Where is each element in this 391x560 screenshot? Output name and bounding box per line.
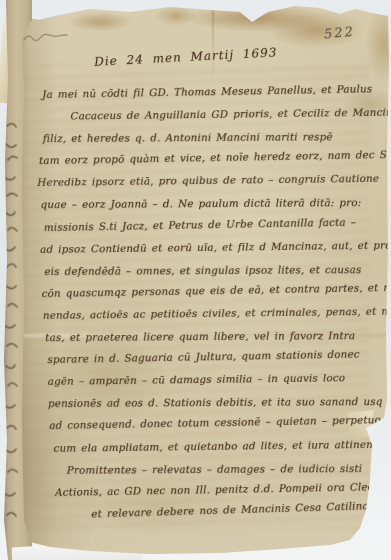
manuscript-line: Heredibz ipsorz etiā, pro quibus de rato… <box>37 168 377 194</box>
manuscript-lines: Ja mei nū cōdti fil GD. Thomas Meseus Pa… <box>36 80 381 526</box>
manuscript-line: Cacaceus de Anguillania GD prioris, et C… <box>70 102 376 128</box>
page-number: 522 <box>323 25 355 43</box>
manuscript-line: nendas, actioēs ac petitioēs civiles, et… <box>43 301 379 327</box>
manuscript-photo: 522 Die 24 men Martij 1693 Ja mei nū cōd… <box>0 0 391 560</box>
manuscript-line: agēn – amparēn – cū damags similia – in … <box>48 367 380 393</box>
manuscript-line: ad ipsoz Contiendū et eorū uīa, et filz … <box>40 234 378 260</box>
manuscript-page: 522 Die 24 men Martij 1693 Ja mei nū cōd… <box>16 4 390 556</box>
manuscript-line: cum ela ampliatam, et quietanbo ad lites… <box>53 433 380 459</box>
vertical-crease <box>212 4 214 80</box>
faint-marginal-inscription <box>22 30 70 46</box>
